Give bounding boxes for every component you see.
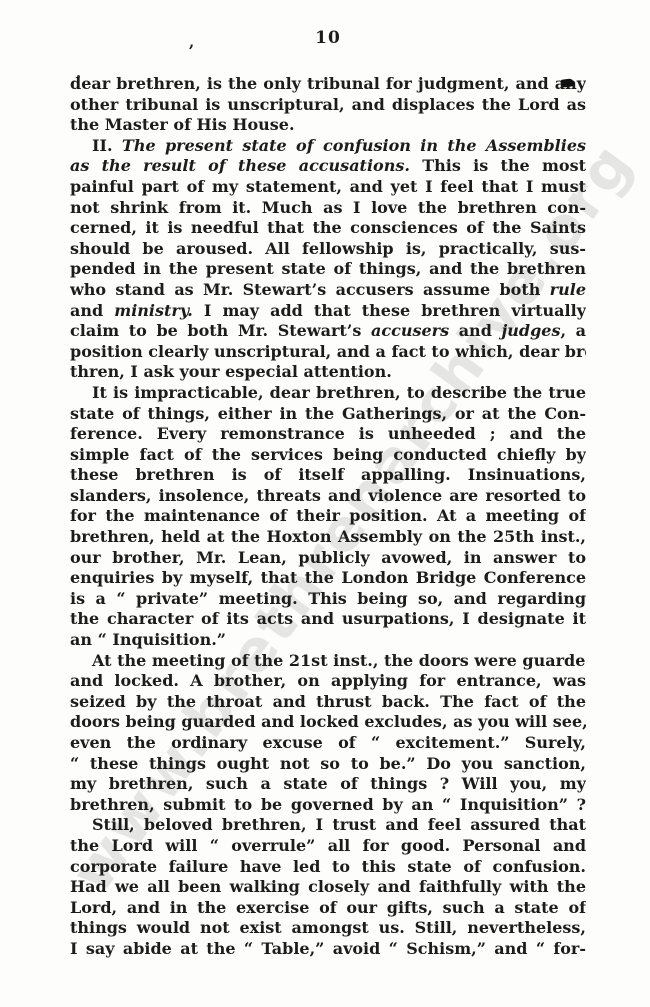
text-segment: claim to be both Mr. Stewart’s [70,321,371,340]
text-line: corporate failure have led to this state… [70,857,586,878]
text-segment: I may add that these brethren virtually [193,301,586,320]
text-segment: for the maintenance of their position. A… [70,506,586,525]
text-segment: ference. Every remonstrance is unheeded … [70,424,586,443]
text-segment: my brethren, such a state of things ? Wi… [70,774,586,793]
text-line: other tribunal is unscriptural, and disp… [70,95,586,116]
text-segment: the character of its acts and usurpation… [70,609,586,628]
text-line: II. The present state of confusion in th… [70,136,586,157]
text-segment: and [70,301,114,320]
text-line: thren, I ask your especial attention. [70,362,586,383]
scanned-page: www.brethrenarchive.org , 10 dear brethr… [0,0,650,1007]
text-line: claim to be both Mr. Stewart’s accusers … [70,321,586,342]
text-segment: slanders, insolence, threats and violenc… [70,486,586,505]
text-segment: Had we all been walking closely and fait… [70,877,586,896]
text-segment: not shrink from it. Much as I love the b… [70,198,586,217]
italic-text-segment: The present state of confusion in the As… [122,136,586,155]
text-line: doors being guarded and locked excludes,… [70,712,586,733]
text-line: painful part of my statement, and yet I … [70,177,586,198]
text-line: the Master of His House. [70,115,586,136]
text-segment: brethren, submit to be governed by an “ … [70,795,586,814]
text-segment: our brother, Mr. Lean, publicly avowed, … [70,548,586,567]
text-segment: thren, I ask your especial attention. [70,362,392,381]
text-line: state of things, either in the Gathering… [70,404,586,425]
text-line: the Lord will “ overrule” all for good. … [70,836,586,857]
text-segment: Lord, and in the exercise of our gifts, … [70,898,586,917]
text-segment: At the meeting of the 21st inst., the do… [92,651,586,670]
text-line: our brother, Mr. Lean, publicly avowed, … [70,548,586,569]
text-line: is a “ private” meeting. This being so, … [70,589,586,610]
text-segment: corporate failure have led to this state… [70,857,586,876]
text-line: an “ Inquisition.” [70,630,586,651]
text-segment: enquiries by myself, that the London Bri… [70,568,586,587]
page-number: 10 [70,28,586,48]
text-segment: Still, beloved brethren, I trust and fee… [92,815,586,834]
text-segment: simple fact of the services being conduc… [70,445,586,464]
text-segment: and [449,321,501,340]
italic-text-segment: judges [501,321,560,340]
text-line: even the ordinary excuse of “ excitement… [70,733,586,754]
ink-speck-top-left [77,75,80,78]
text-segment: even the ordinary excuse of “ excitement… [70,733,586,752]
text-line: slanders, insolence, threats and violenc… [70,486,586,507]
italic-text-segment: rule [550,280,586,299]
text-segment: dear brethren, is the only tribunal for … [70,74,586,93]
text-line: the character of its acts and usurpation… [70,609,586,630]
text-segment: It is impracticable, dear brethren, to d… [92,383,586,402]
text-line: my brethren, such a state of things ? Wi… [70,774,586,795]
text-segment: doors being guarded and locked excludes,… [70,712,586,731]
text-segment: should be aroused. All fellowship is, pr… [70,239,586,258]
text-line: cerned, it is needful that the conscienc… [70,218,586,239]
text-segment: , a [560,321,586,340]
text-segment: “ these things ought not so to be.” Do y… [70,754,586,773]
text-segment: an “ Inquisition.” [70,630,226,649]
text-segment: II. [92,136,122,155]
text-line: who stand as Mr. Stewart’s accusers assu… [70,280,586,301]
text-line: simple fact of the services being conduc… [70,445,586,466]
text-segment: position clearly unscriptural, and a fac… [70,342,586,361]
text-line: “ these things ought not so to be.” Do y… [70,754,586,775]
text-line: ference. Every remonstrance is unheeded … [70,424,586,445]
text-line: pended in the present state of things, a… [70,259,586,280]
text-segment: pended in the present state of things, a… [70,259,586,278]
text-segment: things would not exist amongst us. Still… [70,918,586,937]
text-line: brethren, held at the Hoxton Assembly on… [70,527,586,548]
italic-text-segment: ministry. [114,301,193,320]
text-segment: brethren, held at the Hoxton Assembly on… [70,527,586,546]
text-line: Had we all been walking closely and fait… [70,877,586,898]
text-line: seized by the throat and thrust back. Th… [70,692,586,713]
text-segment: This is the most [410,156,586,175]
text-segment: and locked. A brother, on applying for e… [70,671,586,690]
text-line: not shrink from it. Much as I love the b… [70,198,586,219]
text-segment: seized by the throat and thrust back. Th… [70,692,586,711]
text-line: for the maintenance of their position. A… [70,506,586,527]
text-segment: these brethren is of itself appalling. I… [70,465,586,484]
text-segment: the Lord will “ overrule” all for good. … [70,836,586,855]
text-line: things would not exist amongst us. Still… [70,918,586,939]
text-line: It is impracticable, dear brethren, to d… [70,383,586,404]
text-line: Lord, and in the exercise of our gifts, … [70,898,586,919]
text-line: brethren, submit to be governed by an “ … [70,795,586,816]
text-line: enquiries by myself, that the London Bri… [70,568,586,589]
text-segment: the Master of His House. [70,115,295,134]
text-line: as the result of these accusations. This… [70,156,586,177]
italic-text-segment: as the result of these accusations. [70,156,410,175]
text-segment: who stand as Mr. Stewart’s accusers assu… [70,280,550,299]
text-line: Still, beloved brethren, I trust and fee… [70,815,586,836]
text-line: dear brethren, is the only tribunal for … [70,74,586,95]
text-segment: I say abide at the “ Table,” avoid “ Sch… [70,939,586,958]
text-line: I say abide at the “ Table,” avoid “ Sch… [70,939,586,960]
text-line: and locked. A brother, on applying for e… [70,671,586,692]
text-segment: cerned, it is needful that the conscienc… [70,218,586,237]
text-line: position clearly unscriptural, and a fac… [70,342,586,363]
text-line: these brethren is of itself appalling. I… [70,465,586,486]
italic-text-segment: accusers [371,321,449,340]
text-line: should be aroused. All fellowship is, pr… [70,239,586,260]
text-segment: is a “ private” meeting. This being so, … [70,589,586,608]
body-text-block: dear brethren, is the only tribunal for … [70,74,586,960]
text-segment: painful part of my statement, and yet I … [70,177,586,196]
text-segment: other tribunal is unscriptural, and disp… [70,95,586,114]
text-segment: state of things, either in the Gathering… [70,404,586,423]
text-line: and ministry. I may add that these breth… [70,301,586,322]
text-line: At the meeting of the 21st inst., the do… [70,651,586,672]
